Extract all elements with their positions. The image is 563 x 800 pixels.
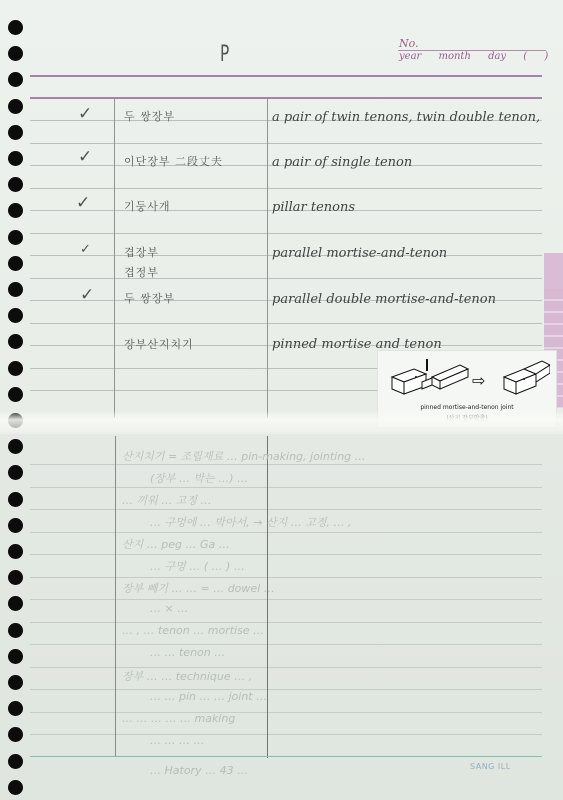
faded-text-line: 장부 … … technique … , <box>122 668 252 684</box>
check-mark: ✓ <box>78 104 92 124</box>
binder-hole <box>8 230 23 245</box>
korean-term: 두 쌍장부 <box>124 108 175 124</box>
binder-hole <box>8 492 23 507</box>
page-title-letter: P <box>220 42 229 67</box>
faded-text-line: … 구멍에 … 박아서, → 산지 … 고정, … , <box>150 514 351 530</box>
column-divider <box>267 98 268 418</box>
page-number-label: No. <box>399 37 419 50</box>
check-mark: ✓ <box>80 285 94 305</box>
binder-hole <box>8 701 23 716</box>
ruled-line <box>30 487 542 488</box>
faded-text-line: … … … … … making <box>122 712 235 725</box>
binder-hole <box>8 256 23 271</box>
korean-term: 기둥사개 <box>124 198 171 214</box>
ruled-line <box>30 532 542 533</box>
binder-hole <box>8 151 23 166</box>
binder-hole <box>8 649 23 664</box>
faded-footer-note: … Hatory … 43 … <box>150 764 248 777</box>
binder-hole <box>8 99 23 114</box>
binder-hole <box>8 727 23 742</box>
ruled-line <box>30 577 542 578</box>
header-rule-top <box>30 75 542 77</box>
english-term: parallel double mortise-and-tenon <box>272 292 496 307</box>
faded-text-line: … , … tenon … mortise … <box>122 624 264 637</box>
lower-margin-line <box>115 436 116 756</box>
faded-text-line: 산지치기 = 조립재료 … pin-making, jointing … <box>122 448 366 464</box>
korean-term-alt: 겹정부 <box>124 264 159 280</box>
korean-term: 이단장부 二段丈夫 <box>124 153 223 169</box>
ruled-line <box>30 278 542 279</box>
binder-hole <box>8 754 23 769</box>
english-term: a pair of single tenon <box>272 155 412 170</box>
english-term: parallel mortise-and-tenon <box>272 246 447 261</box>
binder-hole <box>8 780 23 795</box>
faded-text-line: … … … … <box>150 734 205 747</box>
binder-hole <box>8 544 23 559</box>
faded-text-line: … … pin … … joint … <box>150 690 267 703</box>
ruled-line <box>30 644 542 645</box>
binder-hole <box>8 308 23 323</box>
binder-hole <box>8 465 23 480</box>
korean-term: 두 쌍장부 <box>124 290 175 306</box>
faded-text-line: (장부 … 박는 …) … <box>150 470 248 486</box>
faded-text-line: … × … <box>150 602 188 615</box>
check-mark: ✓ <box>78 147 92 167</box>
ruled-line <box>30 734 542 735</box>
check-mark: ✓ <box>76 193 90 213</box>
ruled-line <box>30 464 542 465</box>
binder-hole <box>8 72 23 87</box>
binder-hole <box>8 203 23 218</box>
date-label: year month day ( ) <box>399 51 548 62</box>
faded-text-line: 산지 … peg … Ga … <box>122 536 230 552</box>
binder-hole <box>8 125 23 140</box>
page-overlap-edge <box>0 410 563 434</box>
ruled-line <box>30 509 542 510</box>
ruled-line <box>30 554 542 555</box>
binder-hole <box>8 282 23 297</box>
ruled-line <box>30 667 542 668</box>
binder-hole <box>8 675 23 690</box>
binder-hole <box>8 387 23 402</box>
mortise-tenon-diagram-icon: ⇨ <box>384 355 550 403</box>
faded-text-line: … 끼워 … 고정 … <box>122 492 212 508</box>
korean-term: 겹장부 <box>124 244 159 260</box>
binder-hole <box>8 439 23 454</box>
english-term: a pair of twin tenons, twin double tenon… <box>272 110 540 125</box>
binder-hole <box>8 518 23 533</box>
left-margin-line <box>114 98 115 418</box>
faded-text-line: … … tenon … <box>150 646 225 659</box>
bottom-rule <box>30 756 542 757</box>
english-term: pillar tenons <box>272 200 355 215</box>
binder-hole <box>8 20 23 35</box>
korean-term: 장부산지치기 <box>124 336 194 352</box>
ruled-line <box>30 143 542 144</box>
check-mark: ✓ <box>80 242 91 257</box>
notebook-page: No. year month day ( ) P ✓ 두 쌍장부 a pair … <box>0 0 563 800</box>
binder-hole <box>8 596 23 611</box>
binder-hole <box>8 177 23 192</box>
faded-text-line: … 구멍 … ( … ) … <box>150 558 245 574</box>
binder-hole <box>8 361 23 376</box>
header-rule-bottom <box>30 97 542 99</box>
svg-text:⇨: ⇨ <box>472 371 485 390</box>
binder-hole <box>8 570 23 585</box>
ruled-line <box>30 712 542 713</box>
binder-hole <box>8 623 23 638</box>
ruled-line <box>30 188 542 189</box>
lower-column-divider <box>267 436 268 758</box>
binder-hole <box>8 46 23 61</box>
notebook-brand: SANG ILL <box>470 762 511 771</box>
ruled-line <box>30 689 542 690</box>
ruled-line <box>30 233 542 234</box>
faded-text-line: 장부 빼기 … … = … dowel … <box>122 580 275 596</box>
ruled-line <box>30 622 542 623</box>
ruled-line <box>30 599 542 600</box>
binder-hole <box>8 334 23 349</box>
ruled-line <box>30 323 542 324</box>
